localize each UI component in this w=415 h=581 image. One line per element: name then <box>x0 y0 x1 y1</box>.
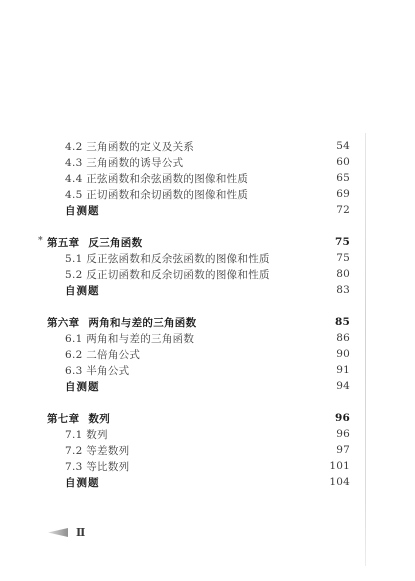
toc-entry: 4.5 正切函数和余切函数的图像和性质 69 <box>47 186 350 202</box>
toc-entry-page: 69 <box>336 188 350 200</box>
toc-entry: 4.2 三角函数的定义及关系 54 <box>47 138 350 154</box>
toc-group-chapter5: *第五章反三角函数 75 5.1 反正弦函数和反余弦函数的图像和性质 75 5.… <box>47 234 350 298</box>
toc-entry: 7.3 等比数列 101 <box>47 458 350 474</box>
table-of-contents: 4.2 三角函数的定义及关系 54 4.3 三角函数的诱导公式 60 4.4 正… <box>47 138 350 506</box>
toc-group-chapter4: 4.2 三角函数的定义及关系 54 4.3 三角函数的诱导公式 60 4.4 正… <box>47 138 350 218</box>
toc-group-chapter6: 第六章两角和与差的三角函数 85 6.1 两角和与差的三角函数 86 6.2 二… <box>47 314 350 394</box>
toc-entry-label: 5.2 反正切函数和反余切函数的图像和性质 <box>65 267 270 282</box>
toc-entry-page: 94 <box>336 380 350 392</box>
toc-entry-page: 97 <box>336 444 350 456</box>
toc-entry: 5.1 反正弦函数和反余弦函数的图像和性质 75 <box>47 250 350 266</box>
toc-entry: 6.1 两角和与差的三角函数 86 <box>47 330 350 346</box>
toc-entry-page: 54 <box>336 140 350 152</box>
toc-entry-page: 91 <box>336 364 350 376</box>
page-footer: Ⅱ <box>48 526 86 539</box>
toc-page: 4.2 三角函数的定义及关系 54 4.3 三角函数的诱导公式 60 4.4 正… <box>0 0 415 581</box>
toc-entry: 6.2 二倍角公式 90 <box>47 346 350 362</box>
toc-entry-page: 104 <box>329 476 350 488</box>
toc-chapter-page: 75 <box>335 236 350 248</box>
toc-entry-label: 7.1 数列 <box>65 427 108 442</box>
toc-entry: 6.3 半角公式 91 <box>47 362 350 378</box>
toc-entry-page: 101 <box>329 460 350 472</box>
toc-entry: 7.2 等差数列 97 <box>47 442 350 458</box>
toc-entry-label: 4.4 正弦函数和余弦函数的图像和性质 <box>65 171 248 186</box>
toc-entry: 7.1 数列 96 <box>47 426 350 442</box>
toc-entry-label: 4.3 三角函数的诱导公式 <box>65 155 183 170</box>
toc-entry-label: 6.1 两角和与差的三角函数 <box>65 331 194 346</box>
toc-entry-label: 自测题 <box>65 379 100 394</box>
toc-entry-label: 6.3 半角公式 <box>65 363 129 378</box>
toc-entry-selftest: 自测题 94 <box>47 378 350 394</box>
toc-entry-selftest: 自测题 104 <box>47 474 350 490</box>
toc-chapter-title: 第七章数列 <box>47 411 110 426</box>
toc-entry: 4.4 正弦函数和余弦函数的图像和性质 65 <box>47 170 350 186</box>
toc-entry-label: 7.3 等比数列 <box>65 459 129 474</box>
toc-entry-page: 72 <box>336 204 350 216</box>
toc-chapter-heading: 第六章两角和与差的三角函数 85 <box>47 314 350 330</box>
toc-entry-page: 83 <box>336 284 350 296</box>
toc-entry-selftest: 自测题 83 <box>47 282 350 298</box>
toc-entry-label: 自测题 <box>65 283 100 298</box>
toc-chapter-page: 96 <box>335 412 350 424</box>
toc-entry-selftest: 自测题 72 <box>47 202 350 218</box>
toc-group-chapter7: 第七章数列 96 7.1 数列 96 7.2 等差数列 97 7.3 等比数列 … <box>47 410 350 490</box>
toc-entry: 5.2 反正切函数和反余切函数的图像和性质 80 <box>47 266 350 282</box>
toc-entry-label: 5.1 反正弦函数和反余弦函数的图像和性质 <box>65 251 270 266</box>
toc-entry-label: 4.2 三角函数的定义及关系 <box>65 139 194 154</box>
toc-entry-page: 60 <box>336 156 350 168</box>
scan-page-edge-line <box>365 133 366 566</box>
toc-entry-page: 90 <box>336 348 350 360</box>
toc-chapter-page: 85 <box>335 316 350 328</box>
toc-entry-label: 自测题 <box>65 203 100 218</box>
toc-entry: 4.3 三角函数的诱导公式 60 <box>47 154 350 170</box>
toc-entry-page: 75 <box>336 252 350 264</box>
toc-entry-label: 7.2 等差数列 <box>65 443 129 458</box>
toc-entry-label: 4.5 正切函数和余切函数的图像和性质 <box>65 187 248 202</box>
toc-entry-page: 96 <box>336 428 350 440</box>
toc-chapter-heading: 第七章数列 96 <box>47 410 350 426</box>
toc-entry-label: 6.2 二倍角公式 <box>65 347 140 362</box>
folio-number: Ⅱ <box>76 526 86 539</box>
toc-entry-page: 86 <box>336 332 350 344</box>
toc-entry-page: 65 <box>336 172 350 184</box>
toc-chapter-title: *第五章反三角函数 <box>47 235 142 250</box>
folio-triangle-icon <box>48 528 68 537</box>
toc-entry-label: 自测题 <box>65 475 100 490</box>
toc-entry-page: 80 <box>336 268 350 280</box>
toc-chapter-heading: *第五章反三角函数 75 <box>47 234 350 250</box>
toc-chapter-title: 第六章两角和与差的三角函数 <box>47 315 196 330</box>
optional-chapter-marker: * <box>38 237 43 246</box>
